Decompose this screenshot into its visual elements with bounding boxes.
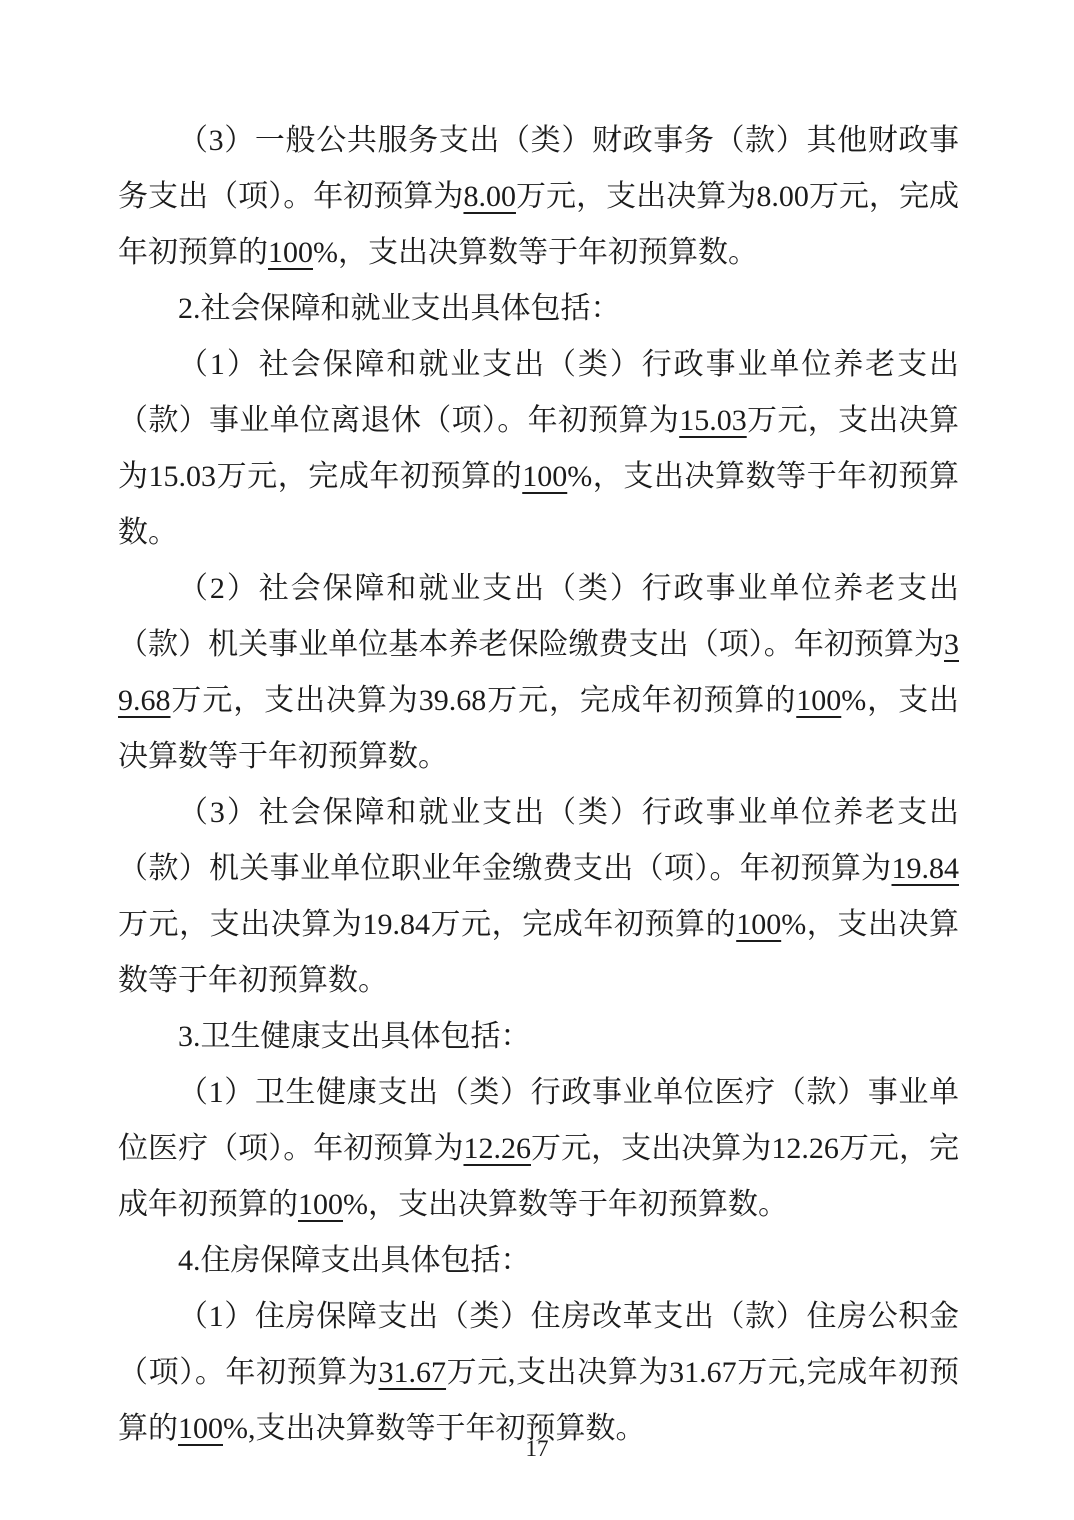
text-run: （3）社会保障和就业支出（类）行政事业单位养老支出（款）机关事业单位职业年金缴费… bbox=[118, 796, 959, 885]
heading-text: 4.住房保障支出具体包括： bbox=[178, 1244, 531, 1277]
underlined-budget-value: 19.84 bbox=[892, 852, 960, 885]
underlined-budget-value: 31.67 bbox=[379, 1356, 447, 1389]
underlined-percentage: 100 bbox=[522, 460, 567, 493]
underlined-budget-value: 12.26 bbox=[463, 1132, 531, 1165]
paragraph-housing-item1: （1）住房保障支出（类）住房改革支出（款）住房公积金（项）。年初预算为31.67… bbox=[118, 1289, 959, 1457]
section-heading-social-security: 2.社会保障和就业支出具体包括： bbox=[118, 281, 959, 337]
text-run: （2）社会保障和就业支出（类）行政事业单位养老支出（款）机关事业单位基本养老保险… bbox=[118, 572, 959, 661]
text-run: 万元，支出决算为19.84万元，完成年初预算的 bbox=[118, 908, 736, 941]
underlined-percentage: 100 bbox=[736, 908, 781, 941]
text-run: 万元，支出决算为39.68万元，完成年初预算的 bbox=[171, 684, 797, 717]
underlined-budget-value: 15.03 bbox=[679, 404, 747, 437]
document-body: （3）一般公共服务支出（类）财政事务（款）其他财政事务支出（项）。年初预算为8.… bbox=[118, 113, 959, 1457]
underlined-percentage: 100 bbox=[298, 1188, 343, 1221]
text-run: %，支出决算数等于年初预算数。 bbox=[343, 1188, 788, 1221]
heading-text: 3.卫生健康支出具体包括： bbox=[178, 1020, 531, 1053]
underlined-percentage: 100 bbox=[268, 236, 313, 269]
paragraph-social-security-item1: （1）社会保障和就业支出（类）行政事业单位养老支出（款）事业单位离退休（项）。年… bbox=[118, 337, 959, 561]
page-number: 17 bbox=[0, 1436, 1074, 1462]
section-heading-housing: 4.住房保障支出具体包括： bbox=[118, 1233, 959, 1289]
underlined-budget-value: 8.00 bbox=[463, 180, 516, 213]
paragraph-general-public-service-item3: （3）一般公共服务支出（类）财政事务（款）其他财政事务支出（项）。年初预算为8.… bbox=[118, 113, 959, 281]
text-run: %，支出决算数等于年初预算数。 bbox=[313, 236, 758, 269]
paragraph-social-security-item2: （2）社会保障和就业支出（类）行政事业单位养老支出（款）机关事业单位基本养老保险… bbox=[118, 561, 959, 785]
section-heading-health: 3.卫生健康支出具体包括： bbox=[118, 1009, 959, 1065]
heading-text: 2.社会保障和就业支出具体包括： bbox=[178, 292, 621, 325]
paragraph-social-security-item3: （3）社会保障和就业支出（类）行政事业单位养老支出（款）机关事业单位职业年金缴费… bbox=[118, 785, 959, 1009]
paragraph-health-item1: （1）卫生健康支出（类）行政事业单位医疗（款）事业单位医疗（项）。年初预算为12… bbox=[118, 1065, 959, 1233]
underlined-percentage: 100 bbox=[796, 684, 841, 717]
